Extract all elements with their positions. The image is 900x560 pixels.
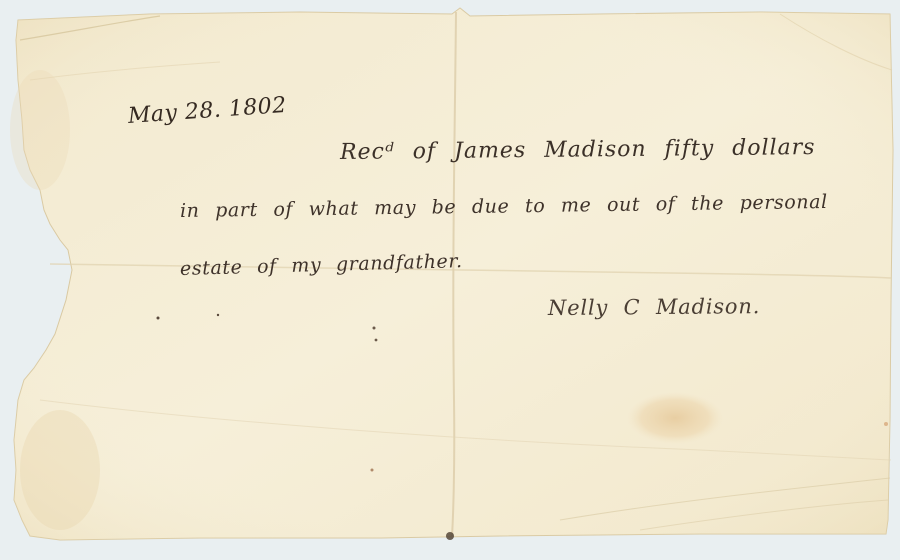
stain <box>627 392 723 444</box>
receipt-line-1: Recᵈ of James Madison fifty dollars <box>340 135 816 165</box>
document-scan: May 28. 1802 Recᵈ of James Madison fifty… <box>0 0 900 560</box>
paper-sheet <box>0 0 900 560</box>
signature: Nelly C Madison. <box>548 294 760 320</box>
